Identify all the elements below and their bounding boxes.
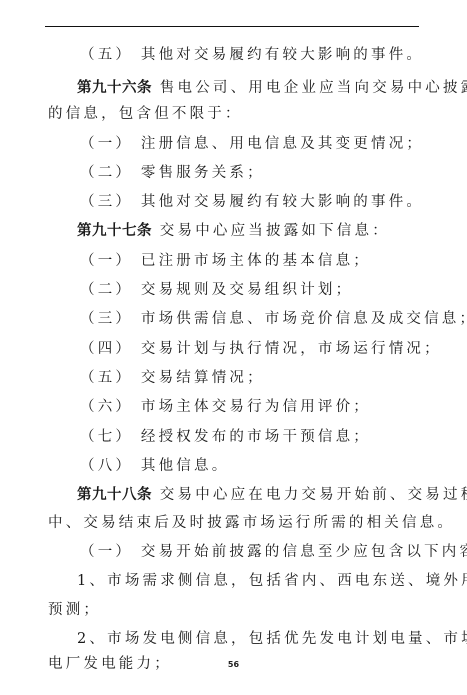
text-line: 2、市场发电侧信息，包括优先发电计划电量、市场化	[77, 629, 467, 649]
text-line: （四） 交易计划与执行情况，市场运行情况；	[80, 339, 442, 359]
text-line: （二） 零售服务关系；	[80, 163, 265, 183]
article-heading: 第九十八条	[77, 487, 152, 503]
line-text: （一） 注册信息、用电信息及其变更情况；	[80, 136, 424, 152]
article-paragraph: 第九十八条 交易中心应在电力交易开始前、交易过程	[77, 485, 467, 505]
article-paragraph: 第九十七条 交易中心应当披露如下信息：	[77, 221, 390, 241]
text-line: （一） 已注册市场主体的基本信息；	[80, 251, 371, 271]
line-text: （一） 已注册市场主体的基本信息；	[80, 253, 371, 269]
text-line: （一） 注册信息、用电信息及其变更情况；	[80, 134, 424, 154]
line-text: 预测；	[48, 602, 101, 618]
line-text: 1、市场需求侧信息，包括省内、西电东送、境外用电	[77, 573, 467, 589]
article-paragraph: 第九十六条 售电公司、用电企业应当向交易中心披露	[77, 78, 467, 98]
text-line: （五） 其他对交易履约有较大影响的事件。	[80, 45, 424, 65]
line-text: （六） 市场主体交易行为信用评价；	[80, 399, 371, 415]
line-text: 的信息，包含但不限于：	[48, 106, 243, 122]
line-text: 交易中心应当披露如下信息：	[152, 223, 390, 239]
line-text: 交易中心应在电力交易开始前、交易过程	[152, 487, 467, 503]
text-line: 中、交易结束后及时披露市场运行所需的相关信息。	[48, 513, 455, 533]
line-text: （一） 交易开始前披露的信息至少应包含以下内容：	[80, 544, 467, 560]
text-line: （一） 交易开始前披露的信息至少应包含以下内容：	[80, 542, 467, 562]
article-heading: 第九十六条	[77, 80, 152, 96]
text-line: 的信息，包含但不限于：	[48, 104, 243, 124]
line-text: （二） 零售服务关系；	[80, 165, 265, 181]
text-line: （六） 市场主体交易行为信用评价；	[80, 397, 371, 417]
text-line: （二） 交易规则及交易组织计划；	[80, 280, 353, 300]
text-line: 1、市场需求侧信息，包括省内、西电东送、境外用电	[77, 571, 467, 591]
text-line: （五） 交易结算情况；	[80, 368, 265, 388]
line-text: （七） 经授权发布的市场干预信息；	[80, 429, 371, 445]
text-line: 预测；	[48, 600, 101, 620]
line-text: （五） 交易结算情况；	[80, 370, 265, 386]
text-line: （七） 经授权发布的市场干预信息；	[80, 427, 371, 447]
line-text: （三） 市场供需信息、市场竞价信息及成交信息；	[80, 311, 467, 327]
article-heading: 第九十七条	[77, 223, 152, 239]
line-text: 中、交易结束后及时披露市场运行所需的相关信息。	[48, 515, 455, 531]
line-text: （四） 交易计划与执行情况，市场运行情况；	[80, 341, 442, 357]
line-text: 2、市场发电侧信息，包括优先发电计划电量、市场化	[77, 631, 467, 647]
line-text: （八） 其他信息。	[80, 458, 229, 474]
header-rule	[45, 26, 419, 27]
text-line: （八） 其他信息。	[80, 456, 229, 476]
text-line: （三） 市场供需信息、市场竞价信息及成交信息；	[80, 309, 467, 329]
line-text: 售电公司、用电企业应当向交易中心披露	[152, 80, 467, 96]
text-line: （三） 其他对交易履约有较大影响的事件。	[80, 192, 424, 212]
line-text: （三） 其他对交易履约有较大影响的事件。	[80, 194, 424, 210]
line-text: （五） 其他对交易履约有较大影响的事件。	[80, 47, 424, 63]
page-number: 56	[0, 660, 467, 669]
line-text: （二） 交易规则及交易组织计划；	[80, 282, 353, 298]
